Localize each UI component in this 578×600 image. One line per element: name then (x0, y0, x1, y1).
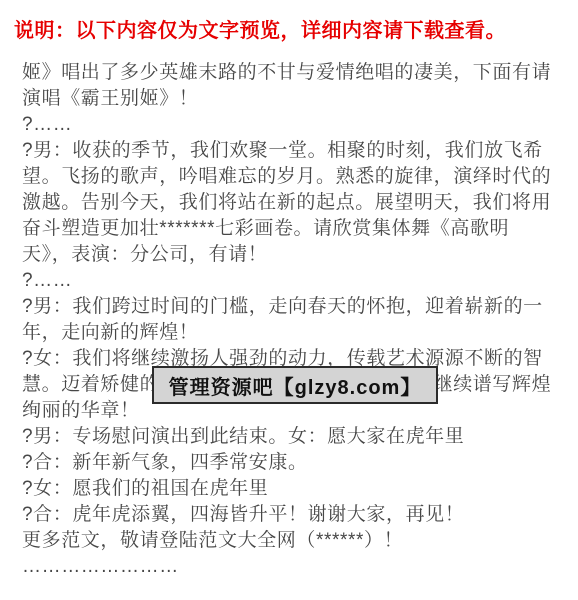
paragraph: ?男：专场慰问演出到此结束。女：愿大家在虎年里 (22, 424, 556, 450)
paragraph: ?合：新年新气象，四季常安康。 (22, 450, 556, 476)
site-watermark: 管理资源吧【glzy8.com】 (152, 366, 438, 404)
document-text: 姬》唱出了多少英雄末路的不甘与爱情绝唱的凄美，下面有请演唱《霸王别姬》！ ?……… (22, 60, 556, 580)
paragraph: ?…… (22, 112, 556, 138)
paragraph: 姬》唱出了多少英雄末路的不甘与爱情绝唱的凄美，下面有请演唱《霸王别姬》！ (22, 60, 556, 112)
paragraph: 更多范文，敬请登陆范文大全网（******）！ (22, 528, 556, 554)
paragraph: ?…… (22, 268, 556, 294)
document-preview-page: 说明：以下内容仅为文字预览，详细内容请下载查看。 姬》唱出了多少英雄末路的不甘与… (0, 0, 578, 600)
preview-notice: 说明：以下内容仅为文字预览，详细内容请下载查看。 (14, 18, 564, 44)
paragraph: ?男：我们跨过时间的门槛，走向春天的怀抱，迎着崭新的一年，走向新的辉煌！ (22, 294, 556, 346)
paragraph: ?男：收获的季节，我们欢聚一堂。相聚的时刻，我们放飞希望。飞扬的歌声，吟唱难忘的… (22, 138, 556, 268)
paragraph: …………………… (22, 554, 556, 580)
paragraph: ?合：虎年虎添翼，四海皆升平！谢谢大家，再见！ (22, 502, 556, 528)
paragraph: ?女：愿我们的祖国在虎年里 (22, 476, 556, 502)
